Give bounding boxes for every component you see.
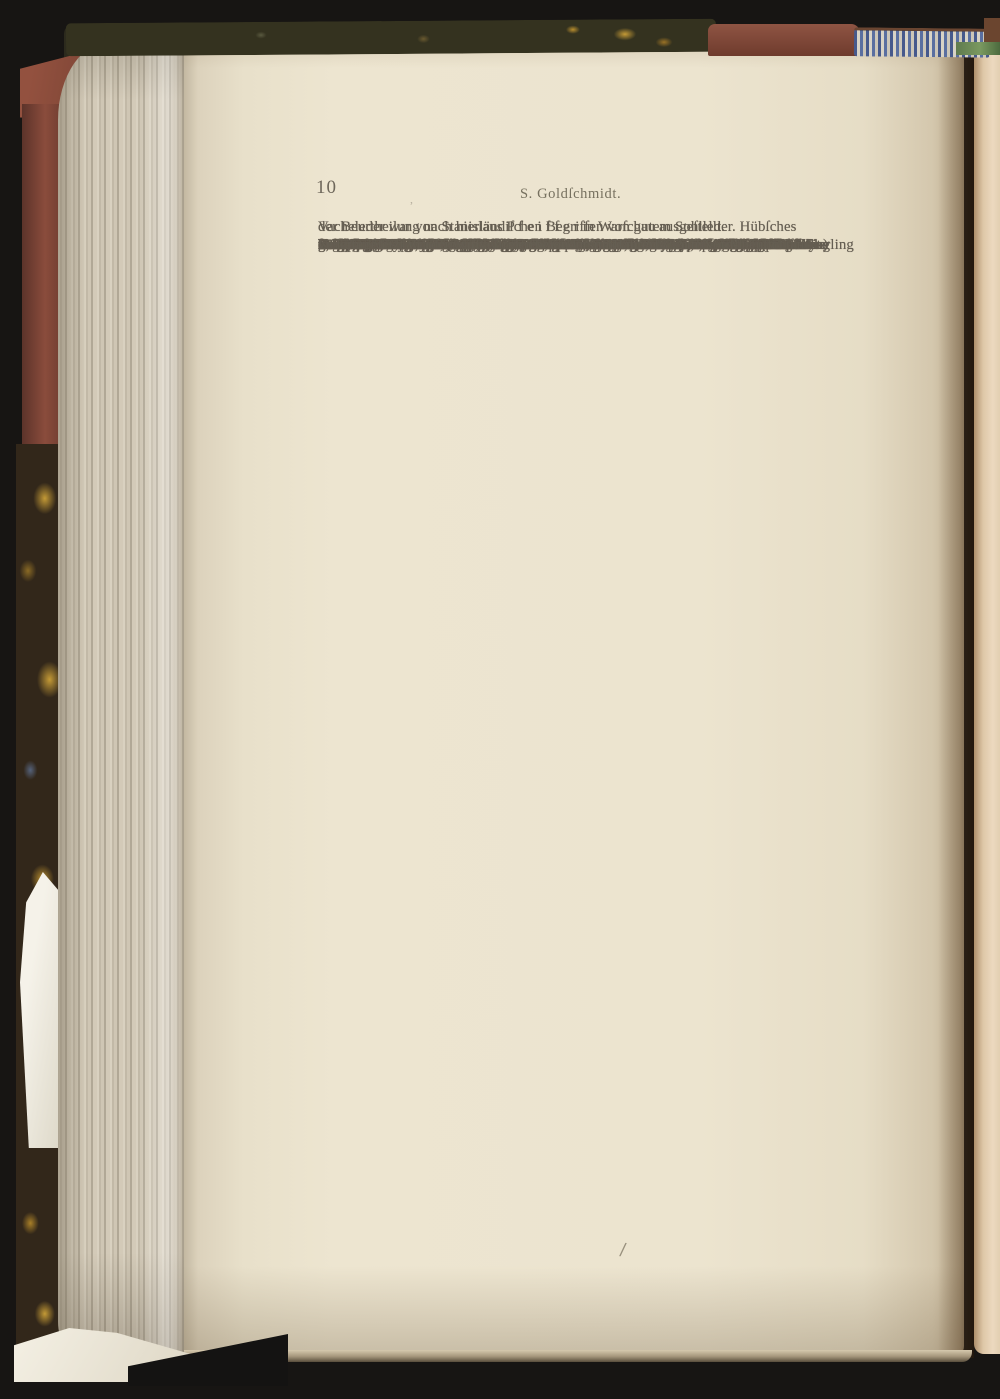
page-content: 10 , S. Goldſchmidt. der Beurtheilung na… bbox=[184, 42, 964, 1358]
book-top-edge-leather bbox=[708, 24, 860, 56]
gutter-shadow bbox=[938, 42, 974, 1358]
text-line: viel umgeſetzt wurde, war vertreten. bbox=[318, 237, 537, 254]
body-text: der Beurtheilung nach hierländiſchen Beg… bbox=[318, 219, 940, 237]
scanned-book-photo: 10 , S. Goldſchmidt. der Beurtheilung na… bbox=[0, 0, 1000, 1399]
book-page: 10 , S. Goldſchmidt. der Beurtheilung na… bbox=[184, 42, 964, 1358]
running-title: S. Goldſchmidt. bbox=[520, 186, 621, 203]
page-number: 10 bbox=[316, 177, 337, 199]
pencil-mark: / bbox=[619, 1240, 627, 1261]
page-stack-edges bbox=[58, 40, 188, 1358]
book-top-edge-green bbox=[956, 42, 1000, 55]
page-bottom-edge bbox=[184, 1350, 972, 1362]
print-artifact-mark: , bbox=[410, 192, 413, 207]
book-top-edge-marble bbox=[66, 19, 716, 57]
text-line: Vacheleder war von Stanislaus P f e i f … bbox=[318, 219, 725, 236]
facing-page-edge bbox=[974, 46, 1000, 1354]
